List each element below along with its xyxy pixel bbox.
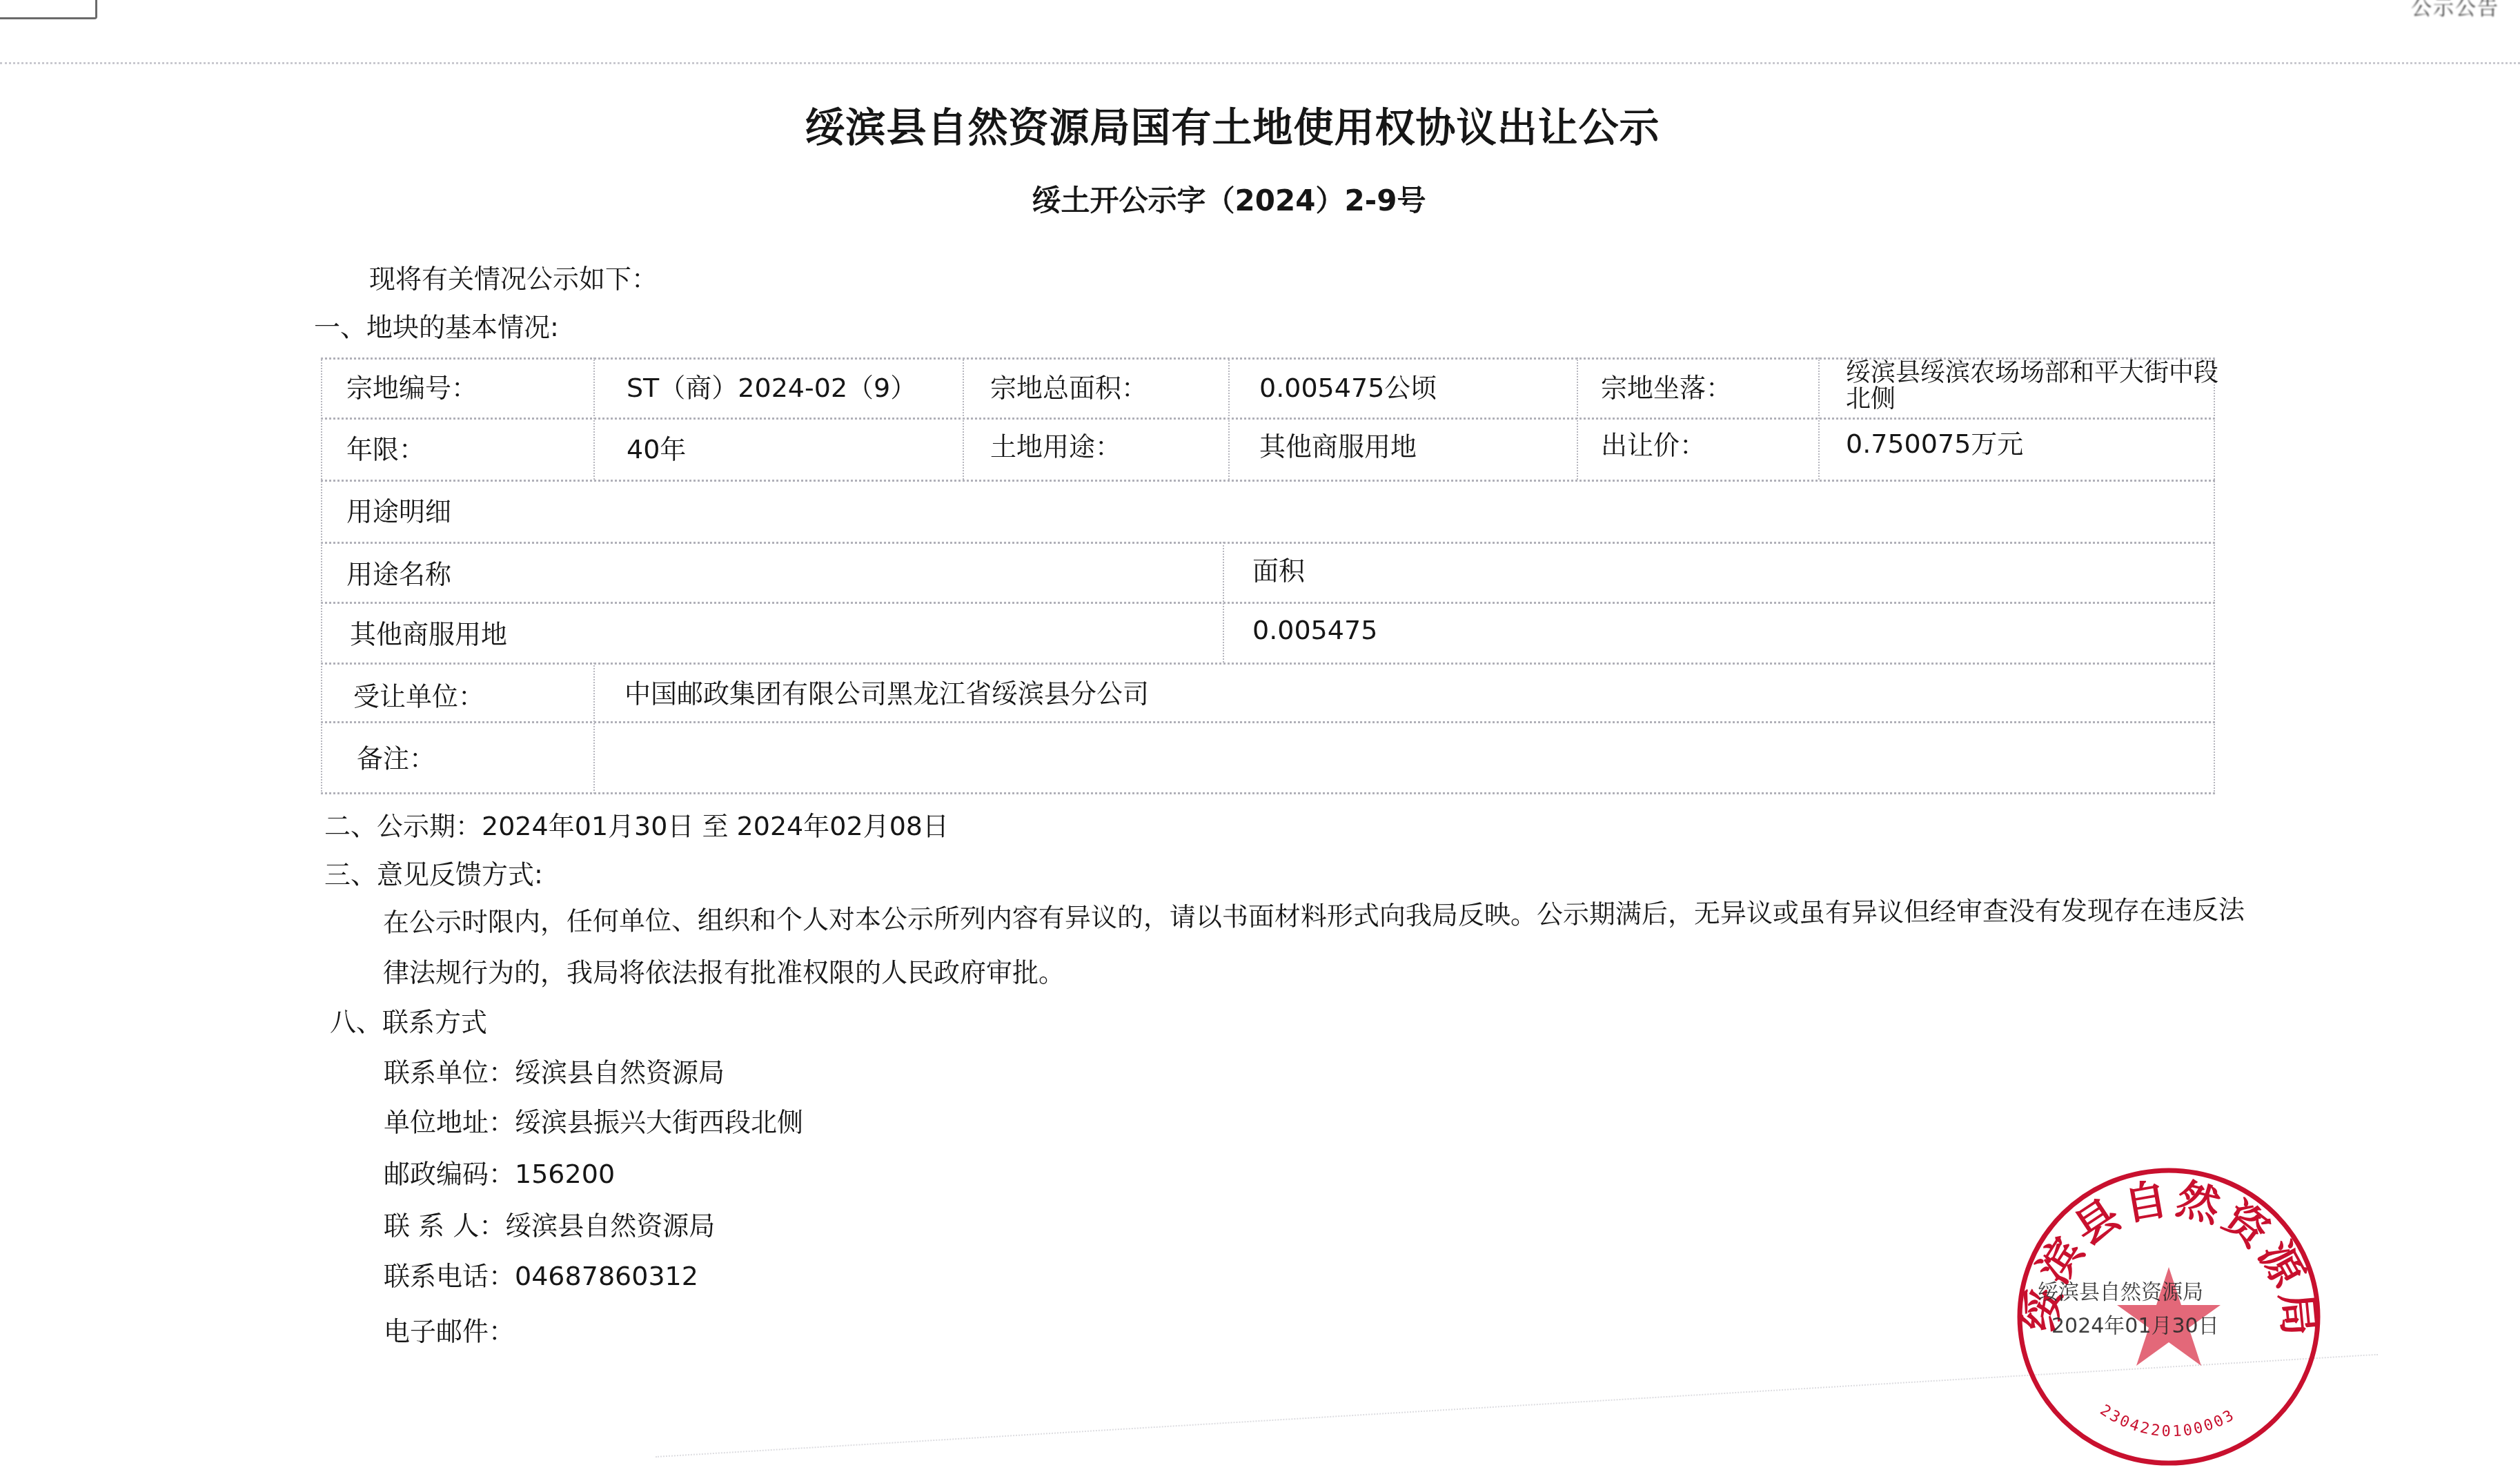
- assignee-value: 中国邮政集团有限公司黑龙江省绥滨县分公司: [624, 679, 1149, 709]
- scan-line: [0, 62, 2520, 64]
- feedback-paragraph-line2: 律法规行为的，我局将依法报有批准权限的人民政府审批。: [383, 959, 1065, 985]
- section8-heading: 八、联系方式: [330, 1009, 487, 1035]
- svg-text:2304220100003: 2304220100003: [2097, 1402, 2238, 1440]
- use-name-column-header: 用途名称: [346, 560, 451, 590]
- price-value: 0.750075万元: [1846, 429, 2023, 460]
- contact-unit: 联系单位：绥滨县自然资源局: [384, 1059, 725, 1086]
- feedback-paragraph-line1: 在公示时限内，任何单位、组织和个人对本公示所列内容有异议的，请以书面材料形式向我…: [383, 896, 2245, 936]
- section1-heading: 一、地块的基本情况:: [314, 314, 559, 340]
- svg-text:2024年01月30日: 2024年01月30日: [2051, 1314, 2219, 1338]
- location-value: 绥滨县绥滨农场场部和平大街中段北侧: [1846, 360, 2218, 413]
- intro-text: 现将有关情况公示如下：: [369, 266, 658, 292]
- contact-email: 电子邮件：: [384, 1318, 515, 1344]
- contact-address: 单位地址：绥滨县振兴大街西段北侧: [384, 1109, 803, 1135]
- document-number: 绥土开公示字（2024）2-9号: [0, 178, 2520, 219]
- land-parcel-table: 宗地编号： ST（商）2024-02（9） 宗地总面积： 0.005475公顷 …: [321, 357, 2215, 794]
- assignee-label: 受让单位：: [353, 682, 484, 712]
- use-area-cell: 0.005475: [1252, 616, 1377, 646]
- term-label: 年限：: [346, 435, 425, 465]
- parcel-number-value: ST（商）2024-02（9）: [627, 373, 916, 404]
- price-label: 出让价：: [1601, 431, 1706, 461]
- total-area-label: 宗地总面积：: [990, 373, 1148, 404]
- parcel-number-label: 宗地编号：: [346, 373, 478, 404]
- section3-heading: 三、意见反馈方式:: [324, 861, 543, 887]
- contact-person: 联 系 人：绥滨县自然资源局: [384, 1213, 715, 1239]
- term-value: 40年: [627, 435, 686, 465]
- contact-phone: 联系电话：04687860312: [384, 1263, 698, 1289]
- official-seal: 绥滨县自然资源局 2304220100003 绥滨县自然资源局 2024年01月…: [2014, 1164, 2324, 1467]
- svg-text:绥滨县自然资源局: 绥滨县自然资源局: [2038, 1280, 2203, 1304]
- remarks-label: 备注：: [357, 744, 435, 774]
- land-use-value: 其他商服用地: [1259, 432, 1417, 462]
- use-name-cell: 其他商服用地: [350, 620, 507, 650]
- use-detail-label: 用途明细: [346, 497, 451, 527]
- area-column-header: 面积: [1252, 556, 1305, 587]
- land-use-label: 土地用途：: [990, 432, 1121, 462]
- contact-postcode: 邮政编码：156200: [384, 1161, 615, 1187]
- total-area-value: 0.005475公顷: [1259, 373, 1437, 404]
- scan-corner-mark: [0, 0, 97, 19]
- location-label: 宗地坐落：: [1601, 373, 1732, 404]
- cut-off-header-text: 公示公告: [2411, 0, 2499, 21]
- document-title: 绥滨县自然资源局国有土地使用权协议出让公示: [0, 95, 2520, 153]
- publicity-period: 二、公示期：2024年01月30日 至 2024年02月08日: [324, 813, 949, 839]
